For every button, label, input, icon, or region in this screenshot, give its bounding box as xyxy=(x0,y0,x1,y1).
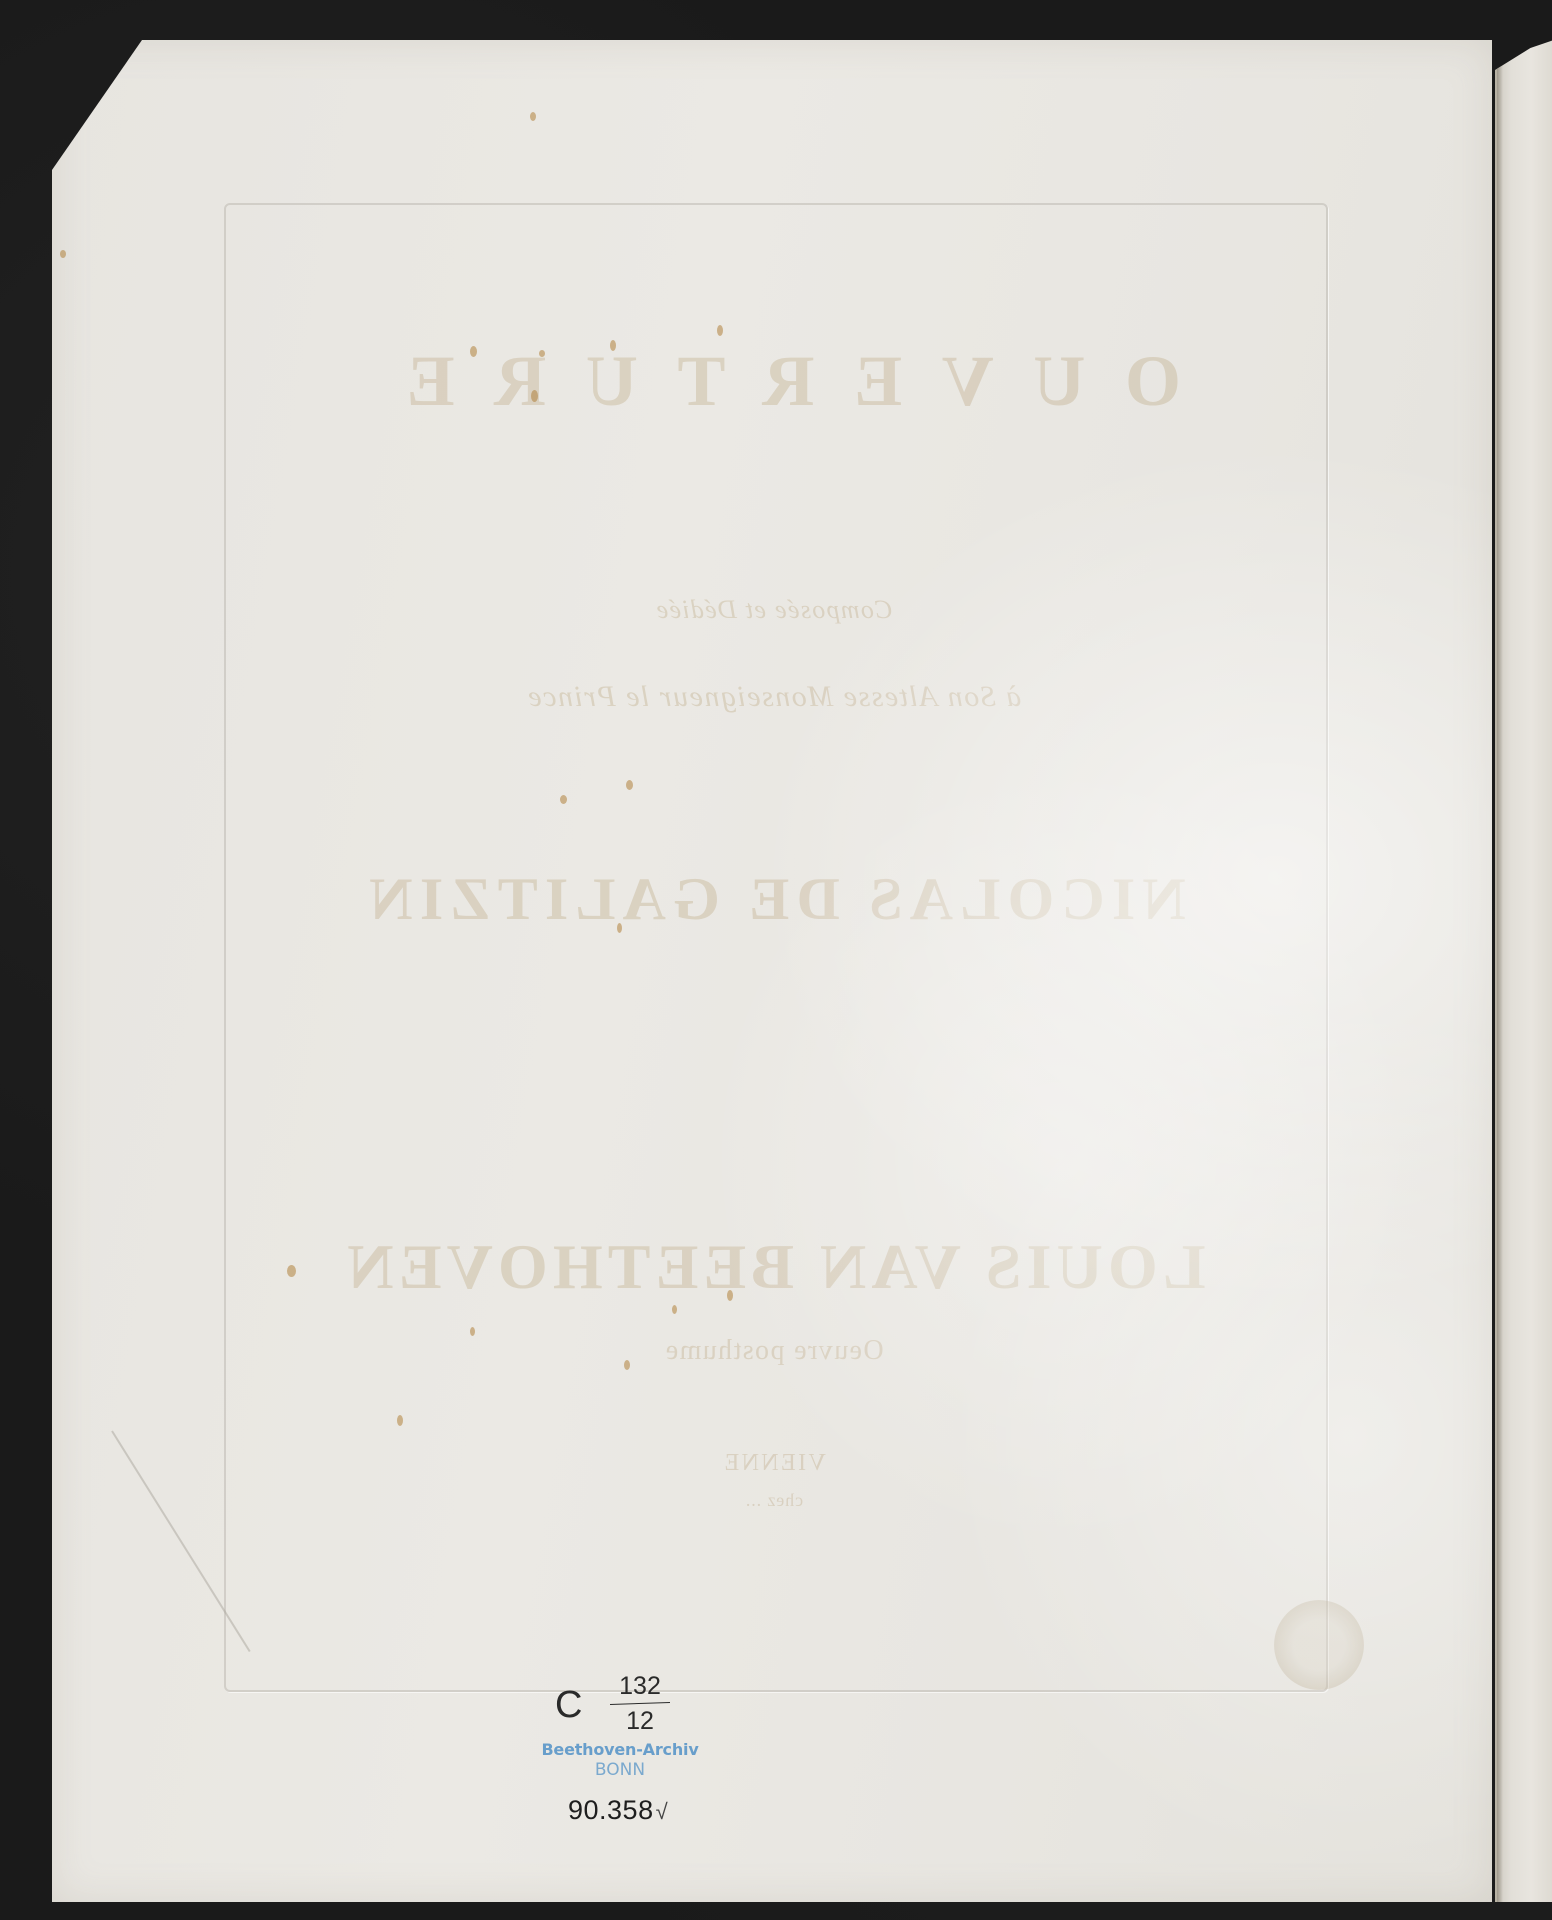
fraction-bar xyxy=(610,1702,670,1705)
shelfmark-letter: C xyxy=(555,1684,582,1727)
foxing-spot xyxy=(397,1415,403,1426)
accession-number: 90.358√ xyxy=(568,1795,668,1826)
bleed-through-subtitle-1: Composée et Dédiée xyxy=(224,595,1324,625)
shelfmark-fraction: 132 12 xyxy=(610,1672,670,1736)
foxing-spot xyxy=(617,923,622,933)
foxing-spot xyxy=(727,1290,733,1301)
foxing-spot xyxy=(672,1305,677,1314)
foxing-spot xyxy=(470,346,477,357)
shelfmark-denominator: 12 xyxy=(610,1707,670,1736)
foxing-spot xyxy=(626,780,633,790)
bleed-through-publisher: VIENNE xyxy=(224,1450,1324,1477)
bleed-through-composer: LOUIS VAN BEETHOVEN xyxy=(224,1230,1324,1304)
bleed-through-publisher-detail: chez ... xyxy=(224,1490,1324,1511)
foxing-spot xyxy=(531,390,538,402)
foxing-spot xyxy=(717,325,723,336)
foxing-spot xyxy=(560,795,567,804)
foxing-spot xyxy=(624,1360,630,1370)
foxing-spot xyxy=(470,1327,475,1336)
foxing-spot xyxy=(530,112,536,121)
foxing-spot xyxy=(610,340,616,351)
stamp-line-archive: Beethoven-Archiv xyxy=(520,1740,720,1760)
adjacent-leaf-edge xyxy=(1495,40,1552,1902)
bleed-through-opus: Oeuvre posthume xyxy=(224,1335,1324,1367)
document-page: OUVERTURE Composée et Dédiée à Son Altes… xyxy=(52,40,1492,1902)
accession-value: 90.358 xyxy=(568,1795,654,1825)
bleed-through-title: OUVERTURE xyxy=(224,340,1324,423)
shelfmark-numerator: 132 xyxy=(610,1672,670,1701)
bleed-through-subtitle-2: à Son Altesse Monseigneur le Prince xyxy=(224,680,1324,714)
foxing-spot xyxy=(539,350,545,357)
water-stain xyxy=(1274,1600,1364,1690)
check-mark-icon: √ xyxy=(656,1799,669,1824)
stamp-line-city: BONN xyxy=(520,1760,720,1781)
bleed-through-dedicatee: NICOLAS DE GALITZIN xyxy=(224,865,1324,934)
foxing-spot xyxy=(287,1265,296,1277)
archive-stamp: Beethoven-Archiv BONN xyxy=(520,1740,720,1781)
foxing-spot xyxy=(60,250,66,258)
